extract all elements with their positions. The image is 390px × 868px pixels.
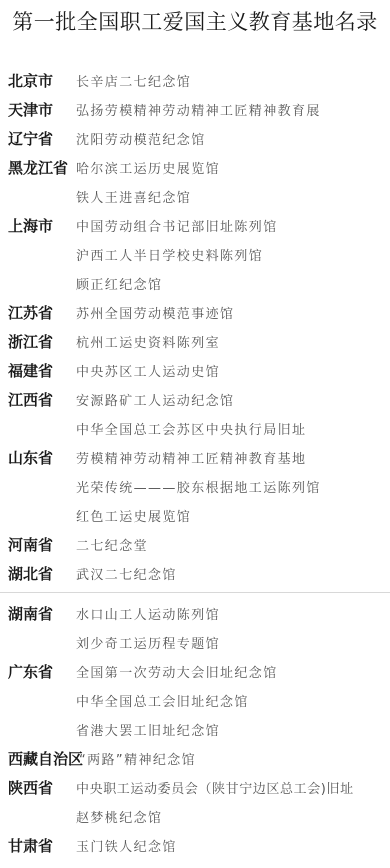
region-label: 湖北省 <box>8 563 53 584</box>
list-item: 黑龙江省哈尔滨工运历史展览馆 <box>0 153 390 182</box>
list-item: 江西省安源路矿工人运动纪念馆 <box>0 385 390 414</box>
list-item: 甘肃省玉门铁人纪念馆 <box>0 831 390 860</box>
site-name: 中华全国总工会苏区中央执行局旧址 <box>76 419 306 438</box>
site-name: 玉门铁人纪念馆 <box>76 836 177 855</box>
site-name: 水口山工人运动陈列馆 <box>76 604 220 623</box>
region-label: 江苏省 <box>8 302 53 323</box>
region-label: 辽宁省 <box>8 128 53 149</box>
site-name: 杭州工运史资料陈列室 <box>76 332 220 351</box>
site-name: 光荣传统———胶东根据地工运陈列馆 <box>76 477 321 496</box>
list-item: 光荣传统———胶东根据地工运陈列馆 <box>0 472 390 501</box>
list-item: 福建省中央苏区工人运动史馆 <box>0 356 390 385</box>
list-item: 陕西省中央职工运动委员会（陕甘宁边区总工会)旧址 <box>0 773 390 802</box>
site-name: 全国第一次劳动大会旧址纪念馆 <box>76 662 278 681</box>
site-name: 苏州全国劳动模范事迹馆 <box>76 303 234 322</box>
region-label: 湖南省 <box>8 603 53 624</box>
list-item: 铁人王进喜纪念馆 <box>0 182 390 211</box>
list-item: 上海市中国劳动组合书记部旧址陈列馆 <box>0 211 390 240</box>
list-item: 顾正红纪念馆 <box>0 269 390 298</box>
list-item: 广东省全国第一次劳动大会旧址纪念馆 <box>0 657 390 686</box>
site-name: 中华全国总工会旧址纪念馆 <box>76 691 249 710</box>
site-name: 弘扬劳模精神劳动精神工匠精神教育展 <box>76 100 321 119</box>
site-name: 哈尔滨工运历史展览馆 <box>76 158 220 177</box>
site-name: 沪西工人半日学校史料陈列馆 <box>76 245 263 264</box>
region-label: 北京市 <box>8 70 53 91</box>
list-item: 浙江省杭州工运史资料陈列室 <box>0 327 390 356</box>
list-item: 山东省劳模精神劳动精神工匠精神教育基地 <box>0 443 390 472</box>
region-label: 山东省 <box>8 447 53 468</box>
list-item: 沪西工人半日学校史料陈列馆 <box>0 240 390 269</box>
site-name: 中央苏区工人运动史馆 <box>76 361 220 380</box>
list-item: 红色工运史展览馆 <box>0 501 390 530</box>
list-item: 刘少奇工运历程专题馆 <box>0 628 390 657</box>
site-name: 省港大罢工旧址纪念馆 <box>76 720 220 739</box>
region-label: 西藏自治区 <box>8 748 83 769</box>
region-label: 河南省 <box>8 534 53 555</box>
site-name: 武汉二七纪念馆 <box>76 564 177 583</box>
list-item: 湖南省水口山工人运动陈列馆 <box>0 599 390 628</box>
site-name: 安源路矿工人运动纪念馆 <box>76 390 234 409</box>
page-title: 第一批全国职工爱国主义教育基地名录 <box>0 4 390 40</box>
list-item: 中华全国总工会旧址纪念馆 <box>0 686 390 715</box>
list-item: 赵梦桃纪念馆 <box>0 802 390 831</box>
region-label: 陕西省 <box>8 777 53 798</box>
site-name: 中国劳动组合书记部旧址陈列馆 <box>76 216 278 235</box>
site-name: 中央职工运动委员会（陕甘宁边区总工会)旧址 <box>76 778 354 797</box>
region-label: 天津市 <box>8 99 53 120</box>
list-item: 天津市弘扬劳模精神劳动精神工匠精神教育展 <box>0 95 390 124</box>
region-label: 广东省 <box>8 661 53 682</box>
list-item: 北京市长辛店二七纪念馆 <box>0 66 390 95</box>
list-item: 辽宁省沈阳劳动模范纪念馆 <box>0 124 390 153</box>
site-name: 刘少奇工运历程专题馆 <box>76 633 220 652</box>
site-name: 二七纪念堂 <box>76 535 148 554</box>
site-name: 劳模精神劳动精神工匠精神教育基地 <box>76 448 306 467</box>
list-item: 省港大罢工旧址纪念馆 <box>0 715 390 744</box>
site-name: 红色工运史展览馆 <box>76 506 191 525</box>
list-item: 湖北省武汉二七纪念馆 <box>0 559 390 588</box>
region-label: 甘肃省 <box>8 835 53 856</box>
site-name: 长辛店二七纪念馆 <box>76 71 191 90</box>
list-item: 河南省二七纪念堂 <box>0 530 390 559</box>
site-name: 赵梦桃纪念馆 <box>76 807 162 826</box>
site-name: “两路”精神纪念馆 <box>79 749 196 768</box>
base-list: 北京市长辛店二七纪念馆 天津市弘扬劳模精神劳动精神工匠精神教育展 辽宁省沈阳劳动… <box>0 66 390 860</box>
site-name: 沈阳劳动模范纪念馆 <box>76 129 206 148</box>
region-label: 黑龙江省 <box>8 157 68 178</box>
region-label: 福建省 <box>8 360 53 381</box>
list-item: 西藏自治区“两路”精神纪念馆 <box>0 744 390 773</box>
site-name: 铁人王进喜纪念馆 <box>76 187 191 206</box>
region-label: 江西省 <box>8 389 53 410</box>
site-name: 顾正红纪念馆 <box>76 274 162 293</box>
region-label: 上海市 <box>8 215 53 236</box>
section-divider <box>0 592 390 593</box>
region-label: 浙江省 <box>8 331 53 352</box>
list-item: 江苏省苏州全国劳动模范事迹馆 <box>0 298 390 327</box>
list-item: 中华全国总工会苏区中央执行局旧址 <box>0 414 390 443</box>
